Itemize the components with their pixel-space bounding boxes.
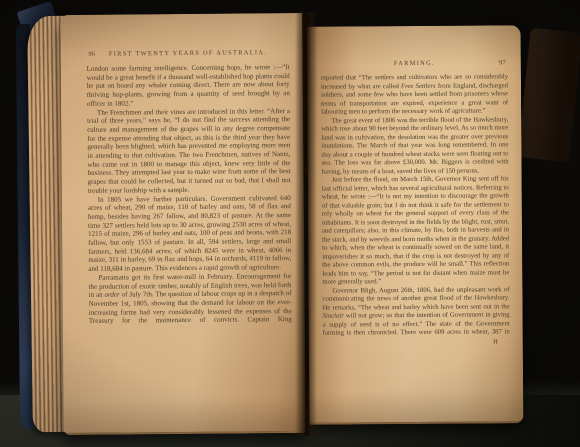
paragraph: reported that “The settlers and cultivat… bbox=[321, 73, 508, 117]
right-running-title: FARMING. bbox=[394, 60, 435, 67]
left-page: 96 FIRST TWENTY YEARS OF AUSTRALIA. Lond… bbox=[60, 13, 306, 435]
open-book-photo: 96 FIRST TWENTY YEARS OF AUSTRALIA. Lond… bbox=[0, 0, 580, 447]
paragraph: The Frenchmen and their vines are introd… bbox=[87, 107, 291, 196]
paragraph: In 1805 we have further particulars. Gov… bbox=[88, 194, 292, 274]
right-page-text: reported that “The settlers and cultivat… bbox=[321, 73, 510, 338]
book-cover-right bbox=[517, 28, 580, 163]
signature-mark: H bbox=[323, 338, 510, 346]
left-running-title: FIRST TWENTY YEARS OF AUSTRALIA. bbox=[109, 49, 267, 57]
right-page-header: FARMING. 97 bbox=[321, 59, 508, 70]
book-gutter bbox=[295, 12, 317, 436]
left-page-header: 96 FIRST TWENTY YEARS OF AUSTRALIA. bbox=[86, 49, 289, 61]
paragraph: Parramatta got its first water-mill in F… bbox=[88, 272, 291, 326]
right-page-number: 97 bbox=[499, 59, 506, 66]
left-page-text: London some farming intelligence. Concer… bbox=[87, 63, 292, 326]
paragraph: Governor Bligh, August 26th, 1806, had t… bbox=[322, 286, 509, 338]
paragraph: London some farming intelligence. Concer… bbox=[87, 63, 290, 108]
left-page-number: 96 bbox=[88, 51, 95, 58]
right-page: FARMING. 97 reported that “The settlers … bbox=[307, 25, 524, 424]
paragraph: Just before the flood, on March 15th, Go… bbox=[322, 175, 510, 287]
paragraph: The great event of 1806 was the terrible… bbox=[321, 116, 508, 177]
